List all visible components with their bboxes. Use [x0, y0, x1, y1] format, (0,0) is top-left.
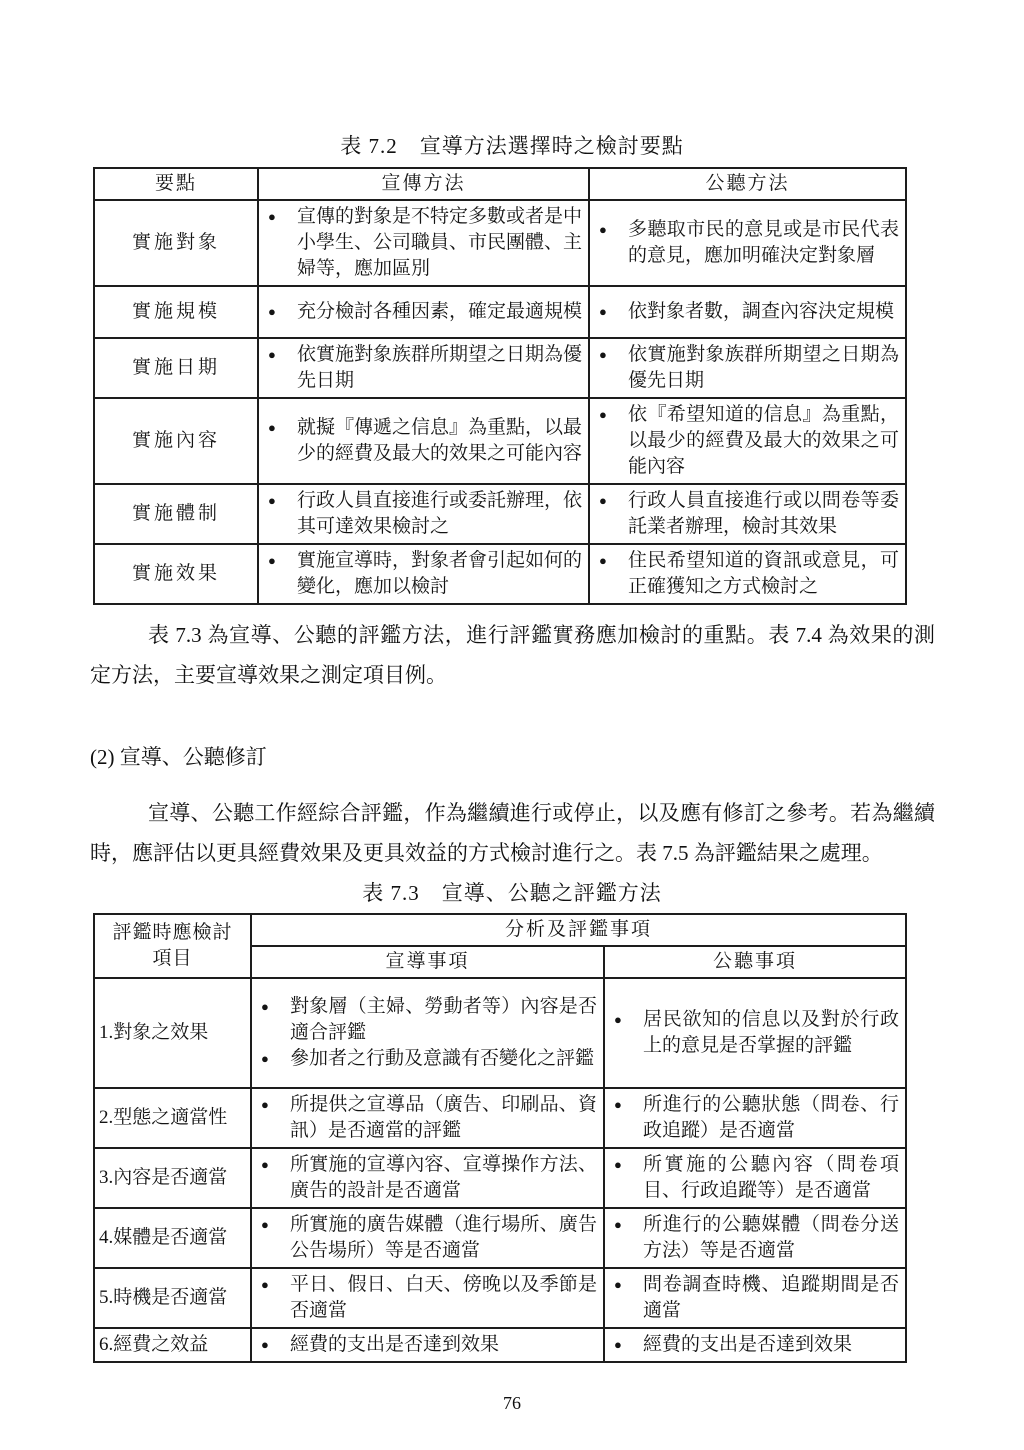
table-7-3-caption: 表 7.3 宣導、公聽之評鑑方法 — [0, 877, 1024, 907]
bullet-icon: ● — [599, 342, 607, 368]
bullet-icon: ● — [261, 1152, 269, 1178]
table-row: 實施規模 ●充分檢討各種因素，確定最適規模 ●依對象者數，調查內容決定規模 — [94, 286, 906, 338]
list-item-text: 充分檢討各種因素，確定最適規模 — [297, 301, 582, 322]
list-item: ●所進行的公聽狀態（問卷、行政追蹤）是否適當 — [605, 1092, 899, 1144]
table-cell: ●所實施的公聽內容（問卷項目、行政追蹤等）是否適當 — [604, 1148, 906, 1208]
table-cell: ●實施宣導時，對象者會引起如何的變化，應加以檢討 — [258, 544, 589, 604]
row-label: 實施內容 — [94, 398, 258, 484]
table-row: 實施體制 ●行政人員直接進行或委託辦理，依其可達效果檢討之 ●行政人員直接進行或… — [94, 484, 906, 544]
list-item: ●充分檢討各種因素，確定最適規模 — [259, 299, 582, 325]
table-cell: ●住民希望知道的資訊或意見，可正確獲知之方式檢討之 — [589, 544, 906, 604]
list-item: ●宣傳的對象是不特定多數或者是中小學生、公司職員、市民團體、主婦等，應加區別 — [259, 204, 582, 282]
list-item-text: 依『希望知道的信息』為重點，以最少的經費及最大的效果之可能內容 — [628, 404, 899, 477]
table-cell: ●經費的支出是否達到效果 — [251, 1328, 604, 1362]
list-item: ●多聽取市民的意見或是市民代表的意見，應加明確決定對象層 — [590, 217, 899, 269]
list-item: ●所實施的廣告媒體（進行場所、廣告公告場所）等是否適當 — [252, 1212, 597, 1264]
list-item: ●所提供之宣導品（廣告、印刷品、資訊）是否適當的評鑑 — [252, 1092, 597, 1144]
list-item: ●行政人員直接進行或委託辦理，依其可達效果檢討之 — [259, 488, 582, 540]
row-label: 實施效果 — [94, 544, 258, 604]
table-cell: ●居民欲知的信息以及對於行政上的意見是否掌握的評鑑 — [604, 978, 906, 1088]
bullet-icon: ● — [599, 402, 607, 428]
list-item-text: 依實施對象族群所期望之日期為優先日期 — [628, 344, 899, 391]
column-header: 宣傳方法 — [258, 168, 589, 200]
list-item-text: 所實施的廣告媒體（進行場所、廣告公告場所）等是否適當 — [290, 1214, 597, 1261]
list-item: ●依實施對象族群所期望之日期為優先日期 — [259, 342, 582, 394]
list-item: ●行政人員直接進行或以問卷等委託業者辦理，檢討其效果 — [590, 488, 899, 540]
bullet-icon: ● — [599, 299, 607, 325]
list-item-text: 依對象者數，調查內容決定規模 — [628, 301, 894, 322]
list-item: ●經費的支出是否達到效果 — [605, 1332, 899, 1358]
list-item: ●依對象者數，調查內容決定規模 — [590, 299, 899, 325]
list-item: ●經費的支出是否達到效果 — [252, 1332, 597, 1358]
list-item-text: 依實施對象族群所期望之日期為優先日期 — [297, 344, 582, 391]
table-row: 2.型態之適當性 ●所提供之宣導品（廣告、印刷品、資訊）是否適當的評鑑 ●所進行… — [94, 1088, 906, 1148]
paragraph: 宣導、公聽工作經綜合評鑑，作為繼續進行或停止，以及應有修訂之參考。若為繼續時，應… — [90, 793, 935, 873]
bullet-icon: ● — [614, 1092, 622, 1118]
table-cell: ●所提供之宣導品（廣告、印刷品、資訊）是否適當的評鑑 — [251, 1088, 604, 1148]
document-page: 表 7.2 宣導方法選擇時之檢討要點 要點 宣傳方法 公聽方法 實施對象 ●宣傳… — [0, 0, 1024, 1450]
table-7-2: 要點 宣傳方法 公聽方法 實施對象 ●宣傳的對象是不特定多數或者是中小學生、公司… — [93, 167, 907, 605]
table-row: 實施內容 ●就擬『傳遞之信息』為重點，以最少的經費及最大的效果之可能內容 ●依『… — [94, 398, 906, 484]
bullet-icon: ● — [268, 415, 276, 441]
list-item-text: 行政人員直接進行或委託辦理，依其可達效果檢討之 — [297, 490, 582, 537]
table-cell: ●多聽取市民的意見或是市民代表的意見，應加明確決定對象層 — [589, 200, 906, 286]
list-item: ●問卷調查時機、追蹤期間是否適當 — [605, 1272, 899, 1324]
list-item: ●所進行的公聽媒體（問卷分送方法）等是否適當 — [605, 1212, 899, 1264]
table-row: 6.經費之效益 ●經費的支出是否達到效果 ●經費的支出是否達到效果 — [94, 1328, 906, 1362]
column-header-span: 分析及評鑑事項 — [251, 914, 906, 946]
bullet-icon: ● — [261, 1332, 269, 1358]
bullet-icon: ● — [614, 1152, 622, 1178]
bullet-icon: ● — [599, 217, 607, 243]
bullet-icon: ● — [268, 488, 276, 514]
list-item-text: 問卷調查時機、追蹤期間是否適當 — [643, 1274, 899, 1321]
table-cell: ●行政人員直接進行或委託辦理，依其可達效果檢討之 — [258, 484, 589, 544]
table-cell: ●依『希望知道的信息』為重點，以最少的經費及最大的效果之可能內容 — [589, 398, 906, 484]
column-header: 宣導事項 — [251, 946, 604, 978]
row-label: 實施對象 — [94, 200, 258, 286]
list-item: ●住民希望知道的資訊或意見，可正確獲知之方式檢討之 — [590, 548, 899, 600]
column-header: 公聽方法 — [589, 168, 906, 200]
table-cell: ●平日、假日、白天、傍晚以及季節是否適當 — [251, 1268, 604, 1328]
list-item: ●實施宣導時，對象者會引起如何的變化，應加以檢討 — [259, 548, 582, 600]
list-item-text: 行政人員直接進行或以問卷等委託業者辦理，檢討其效果 — [628, 490, 899, 537]
row-label: 3.內容是否適當 — [94, 1148, 251, 1208]
table-cell: ●所實施的宣導內容、宣導操作方法、廣告的設計是否適當 — [251, 1148, 604, 1208]
bullet-icon: ● — [261, 1272, 269, 1298]
bullet-icon: ● — [261, 1212, 269, 1238]
list-item-text: 所進行的公聽媒體（問卷分送方法）等是否適當 — [643, 1214, 899, 1261]
bullet-icon: ● — [261, 1046, 269, 1072]
table-cell: ●宣傳的對象是不特定多數或者是中小學生、公司職員、市民團體、主婦等，應加區別 — [258, 200, 589, 286]
table-row: 實施效果 ●實施宣導時，對象者會引起如何的變化，應加以檢討 ●住民希望知道的資訊… — [94, 544, 906, 604]
row-label: 5.時機是否適當 — [94, 1268, 251, 1328]
table-row: 5.時機是否適當 ●平日、假日、白天、傍晚以及季節是否適當 ●問卷調查時機、追蹤… — [94, 1268, 906, 1328]
list-item-text: 對象層（主婦、勞動者等）內容是否適合評鑑 — [290, 996, 597, 1043]
list-item: ●對象層（主婦、勞動者等）內容是否適合評鑑 — [252, 994, 597, 1046]
list-item-text: 就擬『傳遞之信息』為重點，以最少的經費及最大的效果之可能內容 — [297, 417, 582, 464]
row-label: 實施規模 — [94, 286, 258, 338]
table-row: 3.內容是否適當 ●所實施的宣導內容、宣導操作方法、廣告的設計是否適當 ●所實施… — [94, 1148, 906, 1208]
table-cell: ●所實施的廣告媒體（進行場所、廣告公告場所）等是否適當 — [251, 1208, 604, 1268]
list-item-text: 參加者之行動及意識有否變化之評鑑 — [290, 1048, 594, 1069]
list-item: ●所實施的公聽內容（問卷項目、行政追蹤等）是否適當 — [605, 1152, 899, 1204]
bullet-icon: ● — [614, 1332, 622, 1358]
list-item: ●就擬『傳遞之信息』為重點，以最少的經費及最大的效果之可能內容 — [259, 415, 582, 467]
list-item-text: 所進行的公聽狀態（問卷、行政追蹤）是否適當 — [643, 1094, 899, 1141]
table-cell: ●所進行的公聽狀態（問卷、行政追蹤）是否適當 — [604, 1088, 906, 1148]
list-item: ●居民欲知的信息以及對於行政上的意見是否掌握的評鑑 — [605, 1007, 899, 1059]
bullet-icon: ● — [268, 204, 276, 230]
column-header: 評鑑時應檢討 項目 — [94, 914, 251, 978]
bullet-icon: ● — [599, 548, 607, 574]
table-cell: ●所進行的公聽媒體（問卷分送方法）等是否適當 — [604, 1208, 906, 1268]
list-item-text: 住民希望知道的資訊或意見，可正確獲知之方式檢討之 — [628, 550, 899, 597]
table-cell: ●依實施對象族群所期望之日期為優先日期 — [258, 338, 589, 398]
bullet-icon: ● — [614, 1212, 622, 1238]
column-header-line: 項目 — [95, 946, 250, 972]
list-item-text: 實施宣導時，對象者會引起如何的變化，應加以檢討 — [297, 550, 582, 597]
list-item: ●依『希望知道的信息』為重點，以最少的經費及最大的效果之可能內容 — [590, 402, 899, 480]
table-row: 實施對象 ●宣傳的對象是不特定多數或者是中小學生、公司職員、市民團體、主婦等，應… — [94, 200, 906, 286]
table-row: 4.媒體是否適當 ●所實施的廣告媒體（進行場所、廣告公告場所）等是否適當 ●所進… — [94, 1208, 906, 1268]
table-7-3: 評鑑時應檢討 項目 分析及評鑑事項 宣導事項 公聽事項 1.對象之效果 ●對象層… — [93, 913, 907, 1363]
bullet-icon: ● — [261, 994, 269, 1020]
paragraph: 表 7.3 為宣導、公聽的評鑑方法，進行評鑑實務應加檢討的重點。表 7.4 為效… — [90, 615, 935, 695]
table-cell: ●充分檢討各種因素，確定最適規模 — [258, 286, 589, 338]
row-label: 6.經費之效益 — [94, 1328, 251, 1362]
bullet-icon: ● — [268, 299, 276, 325]
bullet-icon: ● — [268, 342, 276, 368]
table-cell: ●問卷調查時機、追蹤期間是否適當 — [604, 1268, 906, 1328]
row-label: 實施體制 — [94, 484, 258, 544]
list-item-text: 經費的支出是否達到效果 — [290, 1334, 499, 1355]
section-heading: (2) 宣導、公聽修訂 — [90, 741, 1024, 771]
row-label: 1.對象之效果 — [94, 978, 251, 1088]
table-cell: ●行政人員直接進行或以問卷等委託業者辦理，檢討其效果 — [589, 484, 906, 544]
list-item: ●所實施的宣導內容、宣導操作方法、廣告的設計是否適當 — [252, 1152, 597, 1204]
table-7-3-header-row: 評鑑時應檢討 項目 分析及評鑑事項 — [94, 914, 906, 946]
table-cell: ●就擬『傳遞之信息』為重點，以最少的經費及最大的效果之可能內容 — [258, 398, 589, 484]
bullet-icon: ● — [614, 1272, 622, 1298]
table-cell: ●對象層（主婦、勞動者等）內容是否適合評鑑 ●參加者之行動及意識有否變化之評鑑 — [251, 978, 604, 1088]
list-item: ●平日、假日、白天、傍晚以及季節是否適當 — [252, 1272, 597, 1324]
bullet-icon: ● — [268, 548, 276, 574]
row-label: 2.型態之適當性 — [94, 1088, 251, 1148]
table-cell: ●依對象者數，調查內容決定規模 — [589, 286, 906, 338]
bullet-icon: ● — [614, 1007, 622, 1033]
table-row: 實施日期 ●依實施對象族群所期望之日期為優先日期 ●依實施對象族群所期望之日期為… — [94, 338, 906, 398]
list-item-text: 居民欲知的信息以及對於行政上的意見是否掌握的評鑑 — [643, 1009, 899, 1056]
list-item-text: 平日、假日、白天、傍晚以及季節是否適當 — [290, 1274, 597, 1321]
row-label: 4.媒體是否適當 — [94, 1208, 251, 1268]
list-item-text: 所實施的公聽內容（問卷項目、行政追蹤等）是否適當 — [643, 1154, 899, 1201]
bullet-icon: ● — [261, 1092, 269, 1118]
list-item-text: 所提供之宣導品（廣告、印刷品、資訊）是否適當的評鑑 — [290, 1094, 597, 1141]
table-7-2-header-row: 要點 宣傳方法 公聽方法 — [94, 168, 906, 200]
table-7-2-caption: 表 7.2 宣導方法選擇時之檢討要點 — [0, 0, 1024, 160]
list-item-text: 宣傳的對象是不特定多數或者是中小學生、公司職員、市民團體、主婦等，應加區別 — [297, 206, 582, 279]
column-header: 公聽事項 — [604, 946, 906, 978]
column-header-line: 評鑑時應檢討 — [95, 920, 250, 946]
row-label: 實施日期 — [94, 338, 258, 398]
page-number: 76 — [0, 1393, 1024, 1414]
list-item: ●依實施對象族群所期望之日期為優先日期 — [590, 342, 899, 394]
list-item-text: 經費的支出是否達到效果 — [643, 1334, 852, 1355]
list-item: ●參加者之行動及意識有否變化之評鑑 — [252, 1046, 597, 1072]
list-item-text: 所實施的宣導內容、宣導操作方法、廣告的設計是否適當 — [290, 1154, 597, 1201]
table-row: 1.對象之效果 ●對象層（主婦、勞動者等）內容是否適合評鑑 ●參加者之行動及意識… — [94, 978, 906, 1088]
table-cell: ●經費的支出是否達到效果 — [604, 1328, 906, 1362]
table-cell: ●依實施對象族群所期望之日期為優先日期 — [589, 338, 906, 398]
column-header: 要點 — [94, 168, 258, 200]
list-item-text: 多聽取市民的意見或是市民代表的意見，應加明確決定對象層 — [628, 219, 899, 266]
bullet-icon: ● — [599, 488, 607, 514]
